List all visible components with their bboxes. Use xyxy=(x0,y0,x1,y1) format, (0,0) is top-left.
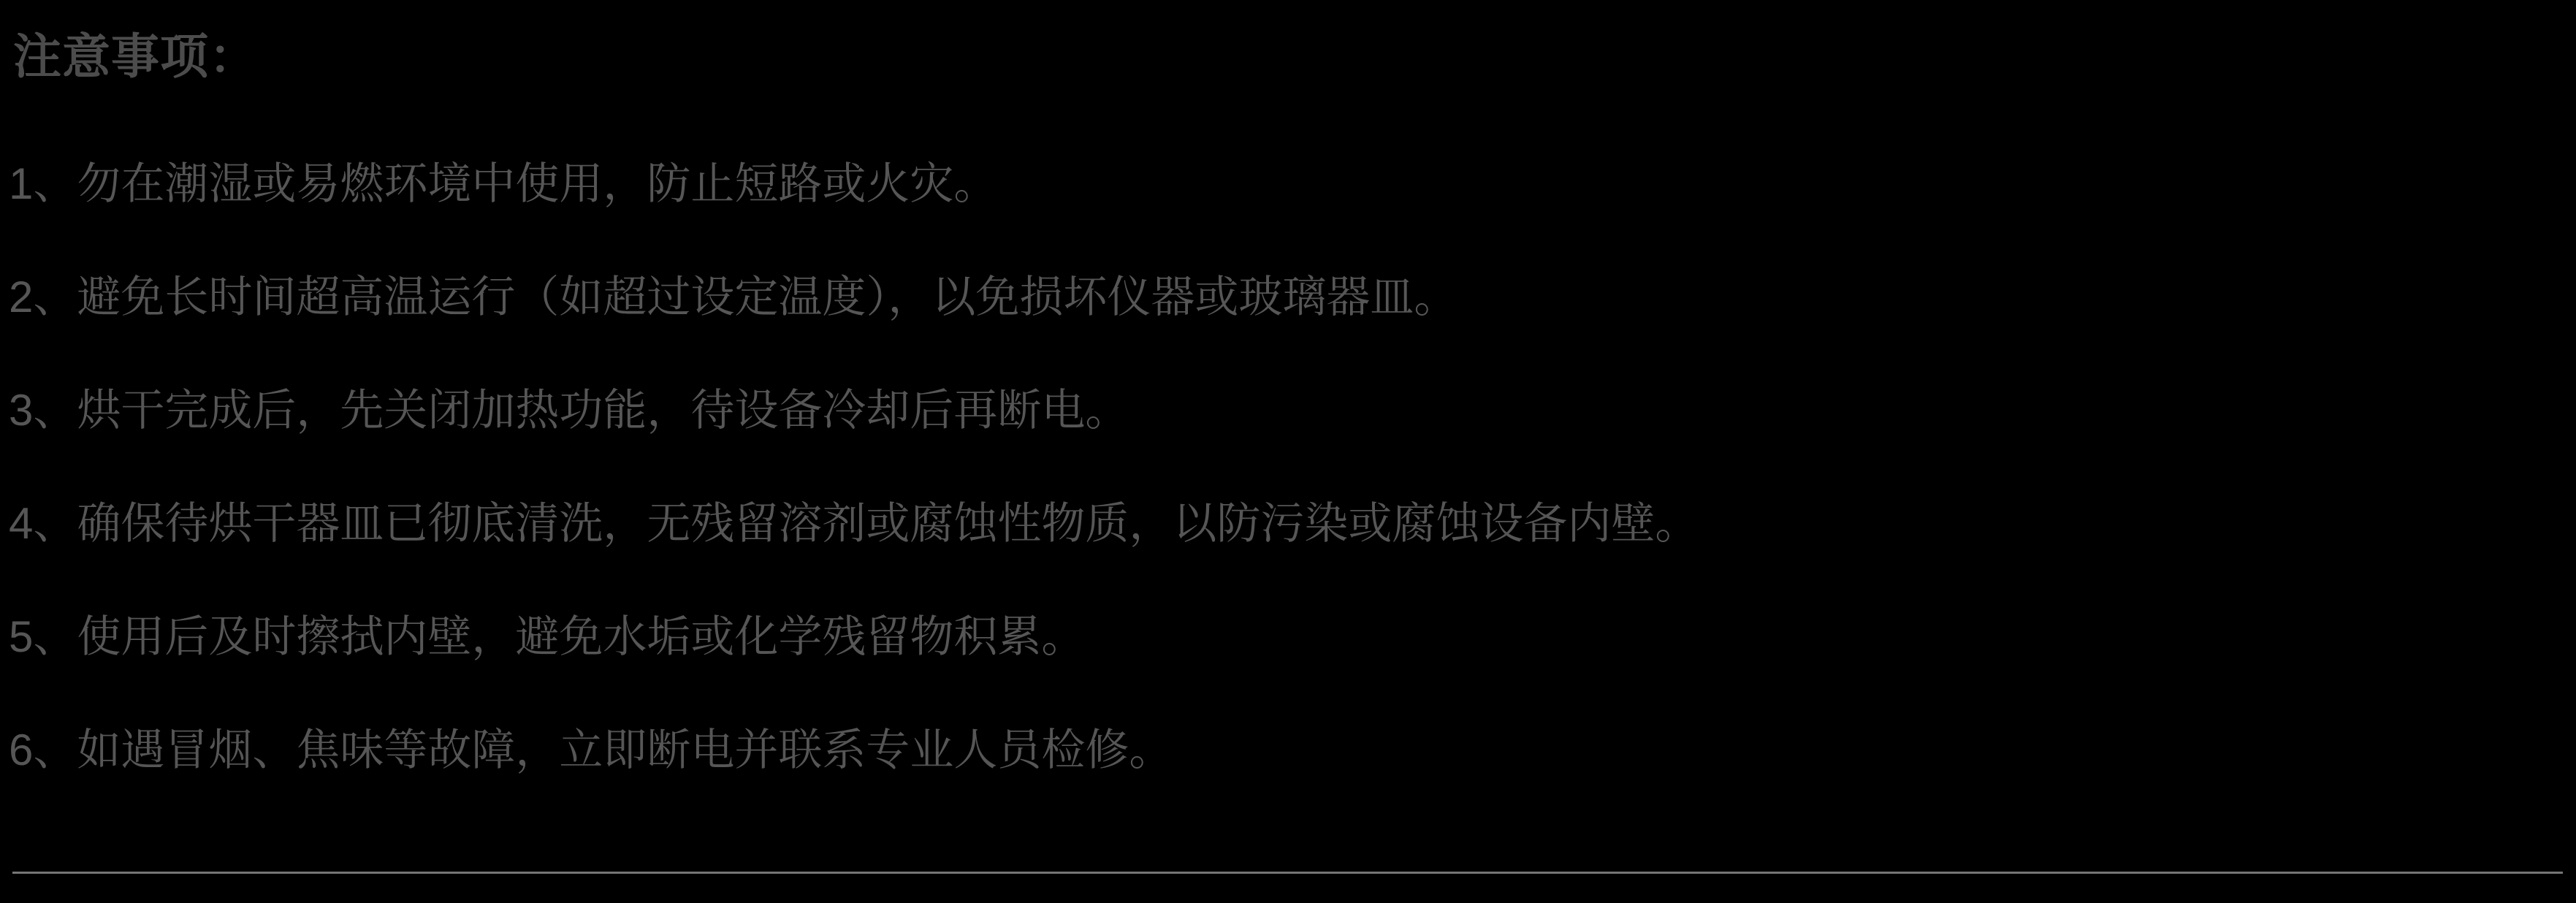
note-item-1: 1、勿在潮湿或易燃环境中使用，防止短路或火灾。 xyxy=(9,162,2576,206)
note-item-4: 4、确保待烘干器皿已彻底清洗，无残留溶剂或腐蚀性物质，以防污染或腐蚀设备内壁。 xyxy=(9,502,2576,546)
note-item-2: 2、避免长时间超高温运行（如超过设定温度），以免损坏仪器或玻璃器皿。 xyxy=(9,275,2576,319)
note-item-6: 6、如遇冒烟、焦味等故障，立即断电并联系专业人员检修。 xyxy=(9,728,2576,772)
bottom-divider xyxy=(12,872,2563,874)
page-title: 注意事项： xyxy=(13,29,2576,85)
precautions-page: 注意事项： 1、勿在潮湿或易燃环境中使用，防止短路或火灾。 2、避免长时间超高温… xyxy=(0,0,2576,903)
note-item-3: 3、烘干完成后，先关闭加热功能，待设备冷却后再断电。 xyxy=(9,389,2576,433)
note-item-5: 5、使用后及时擦拭内壁，避免水垢或化学残留物积累。 xyxy=(9,615,2576,659)
